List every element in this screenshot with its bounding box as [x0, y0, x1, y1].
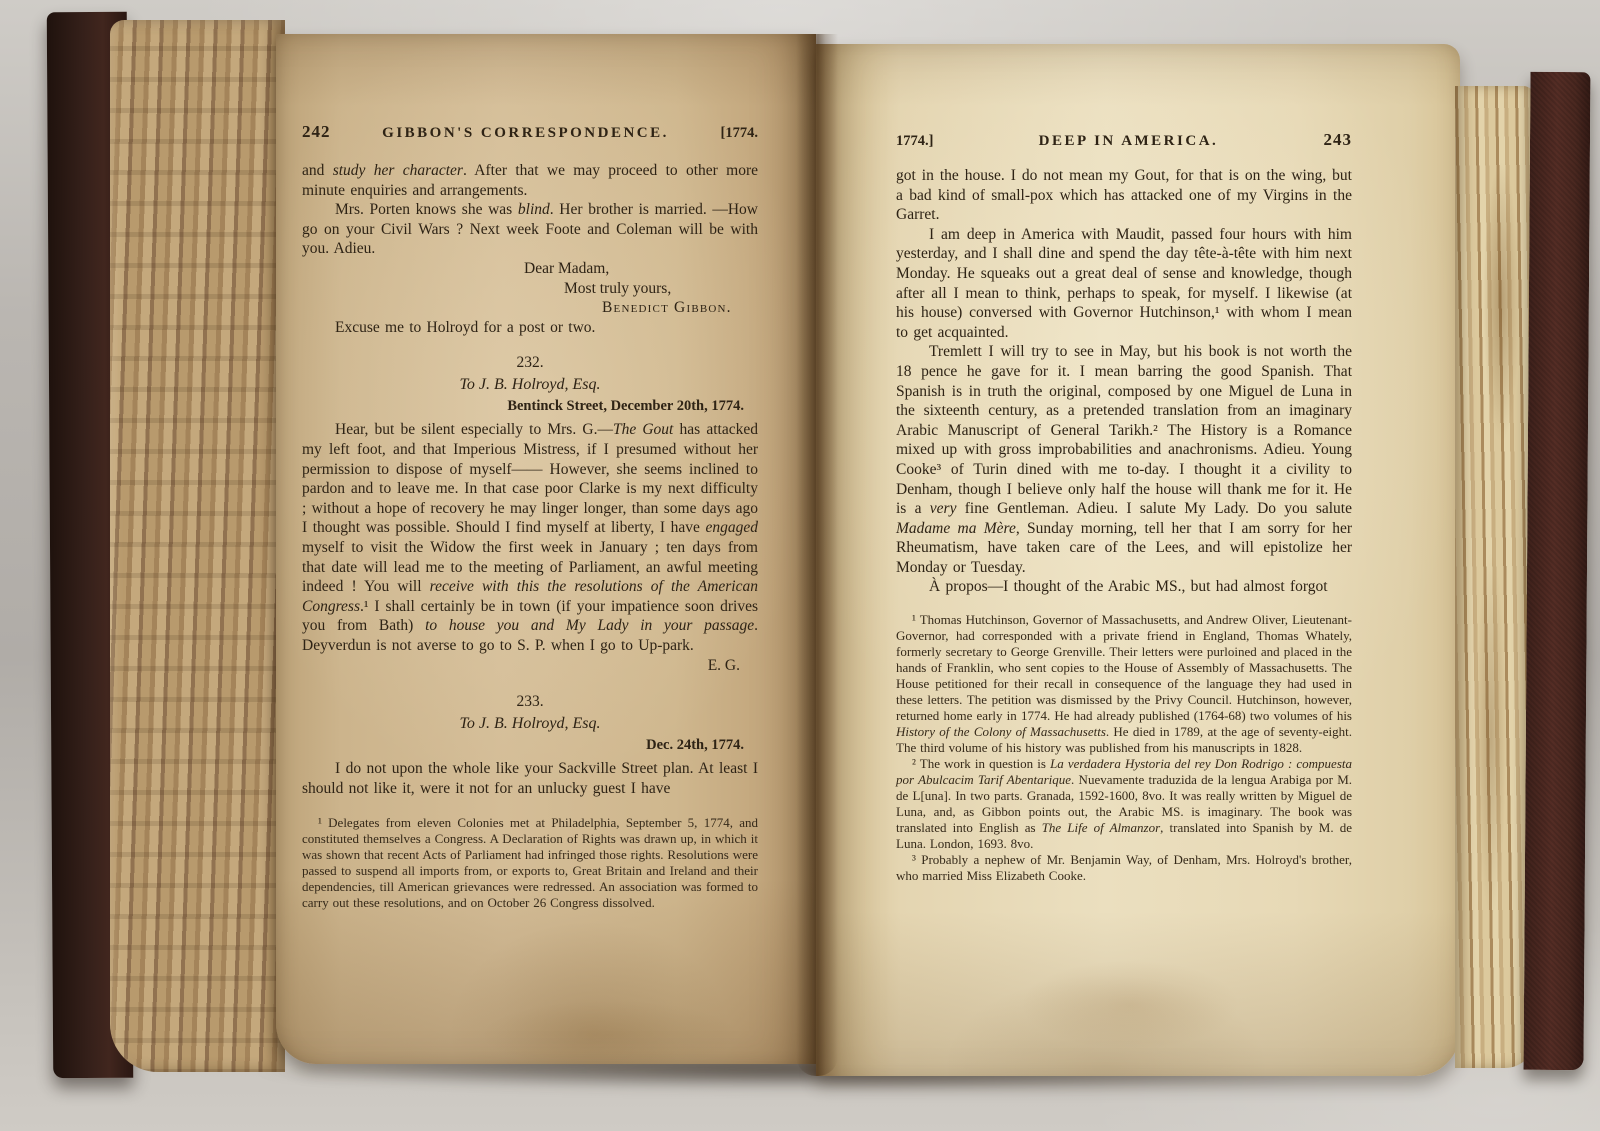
letter-233-dateline: Dec. 24th, 1774. [302, 737, 758, 754]
page-edges-left [110, 20, 285, 1072]
book-cover-right [1524, 72, 1591, 1070]
book-gutter [796, 34, 838, 1076]
year-marker-left: [1774. [721, 125, 758, 142]
footnote-1-left: ¹ Delegates from eleven Colonies met at … [302, 815, 758, 911]
closing-valediction: Most truly yours, [564, 279, 758, 299]
letter-232-dateline: Bentinck Street, December 20th, 1774. [302, 398, 758, 415]
right-page-text: 1774.] DEEP IN AMERICA. 243 got in the h… [896, 130, 1352, 884]
year-marker-right: 1774.] [896, 133, 933, 150]
paragraph-2: I am deep in America with Maudit, passed… [896, 225, 1352, 343]
page-edges-right [1455, 86, 1535, 1068]
paragraph-3: Tremlett I will try to see in May, but h… [896, 342, 1352, 577]
closing-postscript: Excuse me to Holroyd for a post or two. [302, 318, 758, 338]
letter-232-number: 232. [302, 354, 758, 372]
left-page-text: 242 GIBBON'S CORRESPONDENCE. [1774. and … [302, 122, 758, 911]
letter-233-addressee: To J. B. Holroyd, Esq. [302, 715, 758, 733]
footnote-2-right: ² The work in question is La verdadera H… [896, 756, 1352, 852]
closing-signature: Benedict Gibbon. [602, 298, 758, 318]
footnote-3-right: ³ Probably a nephew of Mr. Benjamin Way,… [896, 852, 1352, 884]
paragraph-1: got in the house. I do not mean my Gout,… [896, 166, 1352, 225]
right-page-header: 1774.] DEEP IN AMERICA. 243 [896, 130, 1352, 150]
paragraph-4: À propos—I thought of the Arabic MS., bu… [896, 577, 1352, 597]
paragraph-continuation: and study her character. After that we m… [302, 161, 758, 200]
paragraph-porten: Mrs. Porten knows she was blind. Her bro… [302, 200, 758, 259]
closing-salutation: Dear Madam, [524, 259, 758, 279]
open-book-photo: 242 GIBBON'S CORRESPONDENCE. [1774. and … [0, 0, 1600, 1131]
letter-233-body: I do not upon the whole like your Sackvi… [302, 759, 758, 798]
letter-233-number: 233. [302, 693, 758, 711]
page-number-left: 242 [302, 122, 331, 142]
running-title-left: GIBBON'S CORRESPONDENCE. [382, 125, 669, 142]
letter-232-signature: E. G. [302, 656, 758, 676]
left-page-header: 242 GIBBON'S CORRESPONDENCE. [1774. [302, 122, 758, 142]
letter-232-addressee: To J. B. Holroyd, Esq. [302, 376, 758, 394]
page-number-right: 243 [1323, 130, 1352, 150]
footnotes-right: ¹ Thomas Hutchinson, Governor of Massach… [896, 612, 1352, 884]
running-title-right: DEEP IN AMERICA. [1039, 133, 1219, 150]
footnote-1-right: ¹ Thomas Hutchinson, Governor of Massach… [896, 612, 1352, 756]
letter-232-body: Hear, but be silent especially to Mrs. G… [302, 420, 758, 655]
